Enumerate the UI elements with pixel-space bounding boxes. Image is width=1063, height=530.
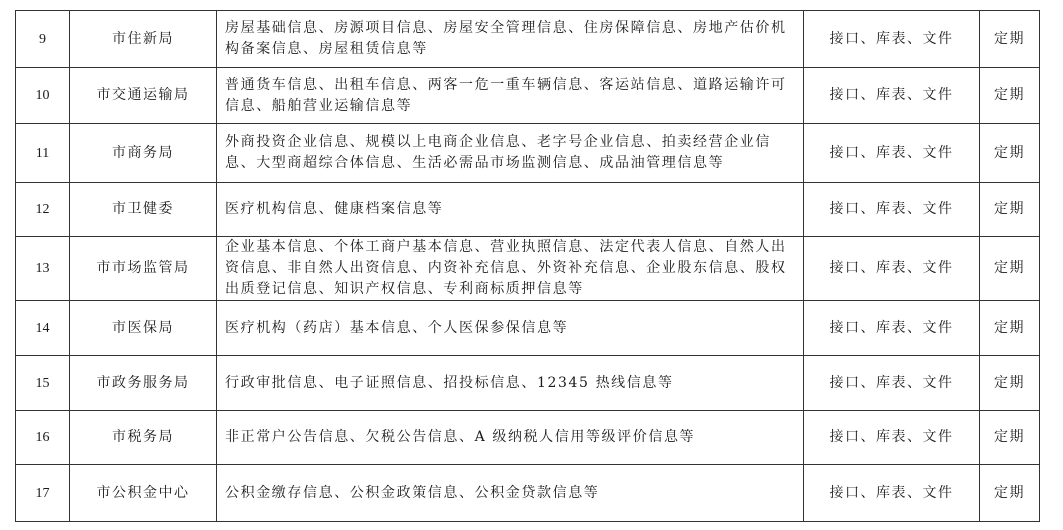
department-cell: 市市场监管局 <box>70 237 217 301</box>
frequency-cell: 定期 <box>980 183 1040 237</box>
content-cell: 医疗机构信息、健康档案信息等 <box>217 183 804 237</box>
table-row: 15 市政务服务局 行政审批信息、电子证照信息、招投标信息、12345 热线信息… <box>16 356 1040 411</box>
frequency-cell: 定期 <box>980 356 1040 411</box>
method-cell: 接口、库表、文件 <box>804 465 980 522</box>
method-cell: 接口、库表、文件 <box>804 124 980 183</box>
department-cell: 市交通运输局 <box>70 68 217 124</box>
content-cell: 医疗机构（药店）基本信息、个人医保参保信息等 <box>217 301 804 356</box>
row-index: 11 <box>16 124 70 183</box>
row-index: 9 <box>16 11 70 68</box>
row-index: 12 <box>16 183 70 237</box>
department-cell: 市卫健委 <box>70 183 217 237</box>
table-row: 14 市医保局 医疗机构（药店）基本信息、个人医保参保信息等 接口、库表、文件 … <box>16 301 1040 356</box>
table-row: 11 市商务局 外商投资企业信息、规模以上电商企业信息、老字号企业信息、拍卖经营… <box>16 124 1040 183</box>
frequency-cell: 定期 <box>980 411 1040 465</box>
method-cell: 接口、库表、文件 <box>804 183 980 237</box>
table-row: 17 市公积金中心 公积金缴存信息、公积金政策信息、公积金贷款信息等 接口、库表… <box>16 465 1040 522</box>
frequency-cell: 定期 <box>980 465 1040 522</box>
frequency-cell: 定期 <box>980 301 1040 356</box>
department-cell: 市公积金中心 <box>70 465 217 522</box>
frequency-cell: 定期 <box>980 124 1040 183</box>
content-cell: 外商投资企业信息、规模以上电商企业信息、老字号企业信息、拍卖经营企业信息、大型商… <box>217 124 804 183</box>
row-index: 14 <box>16 301 70 356</box>
content-cell: 企业基本信息、个体工商户基本信息、营业执照信息、法定代表人信息、自然人出资信息、… <box>217 237 804 301</box>
method-cell: 接口、库表、文件 <box>804 356 980 411</box>
table-row: 10 市交通运输局 普通货车信息、出租车信息、两客一危一重车辆信息、客运站信息、… <box>16 68 1040 124</box>
table-row: 13 市市场监管局 企业基本信息、个体工商户基本信息、营业执照信息、法定代表人信… <box>16 237 1040 301</box>
frequency-cell: 定期 <box>980 11 1040 68</box>
frequency-cell: 定期 <box>980 68 1040 124</box>
content-cell: 房屋基础信息、房源项目信息、房屋安全管理信息、住房保障信息、房地产估价机构备案信… <box>217 11 804 68</box>
row-index: 16 <box>16 411 70 465</box>
row-index: 15 <box>16 356 70 411</box>
table-row: 12 市卫健委 医疗机构信息、健康档案信息等 接口、库表、文件 定期 <box>16 183 1040 237</box>
content-cell: 行政审批信息、电子证照信息、招投标信息、12345 热线信息等 <box>217 356 804 411</box>
method-cell: 接口、库表、文件 <box>804 237 980 301</box>
method-cell: 接口、库表、文件 <box>804 68 980 124</box>
row-index: 10 <box>16 68 70 124</box>
method-cell: 接口、库表、文件 <box>804 301 980 356</box>
content-cell: 普通货车信息、出租车信息、两客一危一重车辆信息、客运站信息、道路运输许可信息、船… <box>217 68 804 124</box>
department-cell: 市商务局 <box>70 124 217 183</box>
content-cell: 非正常户公告信息、欠税公告信息、A 级纳税人信用等级评价信息等 <box>217 411 804 465</box>
content-cell: 公积金缴存信息、公积金政策信息、公积金贷款信息等 <box>217 465 804 522</box>
table-row: 16 市税务局 非正常户公告信息、欠税公告信息、A 级纳税人信用等级评价信息等 … <box>16 411 1040 465</box>
method-cell: 接口、库表、文件 <box>804 11 980 68</box>
department-cell: 市住新局 <box>70 11 217 68</box>
document-page: 9 市住新局 房屋基础信息、房源项目信息、房屋安全管理信息、住房保障信息、房地产… <box>0 0 1063 530</box>
row-index: 17 <box>16 465 70 522</box>
department-cell: 市税务局 <box>70 411 217 465</box>
department-cell: 市政务服务局 <box>70 356 217 411</box>
method-cell: 接口、库表、文件 <box>804 411 980 465</box>
row-index: 13 <box>16 237 70 301</box>
frequency-cell: 定期 <box>980 237 1040 301</box>
department-cell: 市医保局 <box>70 301 217 356</box>
table-row: 9 市住新局 房屋基础信息、房源项目信息、房屋安全管理信息、住房保障信息、房地产… <box>16 11 1040 68</box>
data-sharing-table: 9 市住新局 房屋基础信息、房源项目信息、房屋安全管理信息、住房保障信息、房地产… <box>15 10 1040 522</box>
